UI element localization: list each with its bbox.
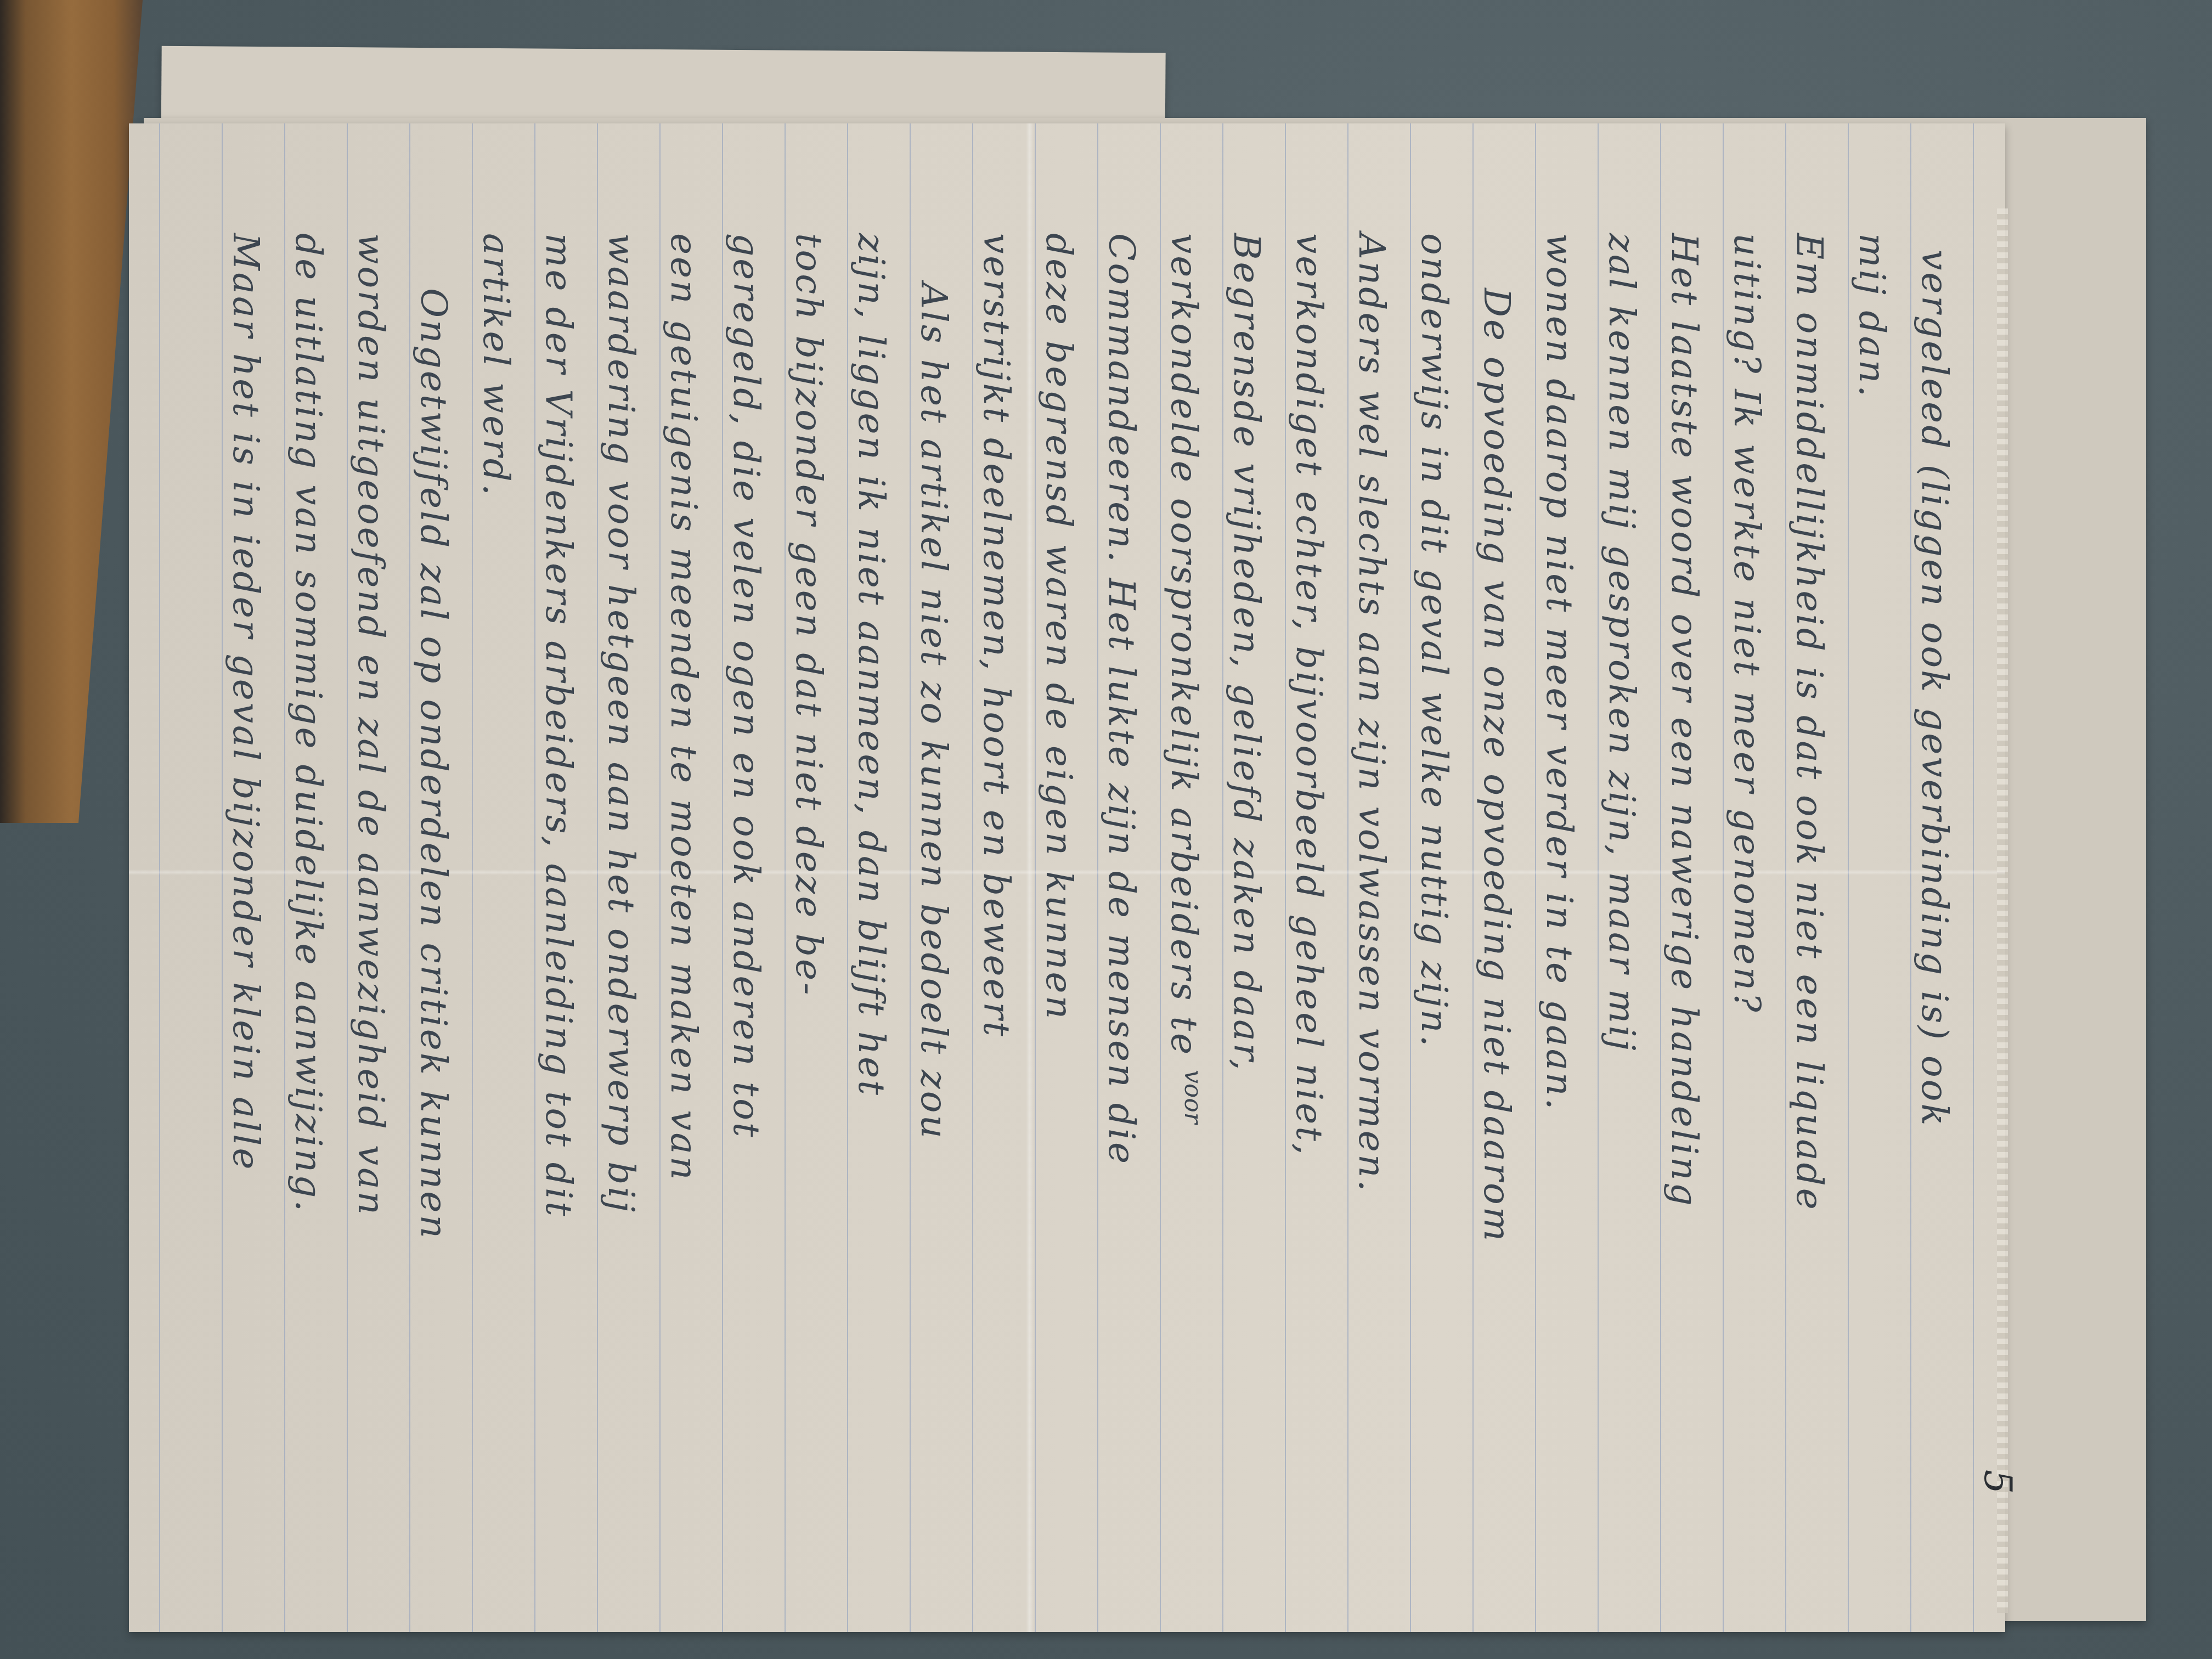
handwritten-line: een getuigenis meenden te moeten maken v…	[663, 233, 705, 1182]
handwritten-line: zijn, liggen ik niet aanmeen, dan blijft…	[850, 233, 893, 1097]
handwritten-line: Het laatste woord over een nawerige hand…	[1663, 233, 1706, 1208]
handwritten-line: mij dan.	[1851, 233, 1893, 399]
handwritten-line: verkondiget echter, bijvoorbeeld geheel …	[1288, 233, 1330, 1157]
handwritten-line: toch bijzonder geen dat niet deze be-	[788, 233, 830, 997]
handwritten-line: artikel werd.	[475, 233, 517, 498]
handwritten-line: verkondelde oorspronkelijk arbeiders te	[1163, 233, 1205, 1057]
handwritten-line: Ongetwijfeld zal op onderdelen critiek k…	[413, 288, 455, 1240]
page-number: 5	[1976, 1470, 2021, 1494]
handwritten-line: waardering voor hetgeen aan het onderwer…	[600, 233, 642, 1214]
handwritten-line: Em onmiddellijkheid is dat ook niet een …	[1788, 233, 1831, 1212]
handwritten-line: zal kennen mij gesproken zijn, maar mij	[1601, 233, 1643, 1053]
handwritten-line: Maar het is in ieder geval bijzonder kle…	[225, 233, 267, 1172]
interlinear-note: voor	[1179, 1070, 1207, 1124]
handwritten-line: verstrijkt deelnemen, hoort en beweert	[975, 233, 1018, 1039]
handwritten-line: worden uitgeoefend en zal de aanwezighei…	[350, 233, 392, 1217]
handwritten-line: deze begrensd waren de eigen kunnen	[1038, 233, 1080, 1021]
handwritten-line: vergeleed (liggen ook geverbinding is) o…	[1914, 250, 1956, 1127]
handwritten-line: Anders wel slechts aan zijn volwassen vo…	[1351, 233, 1393, 1193]
handwritten-line: Als het artikel niet zo kunnen bedoelt z…	[913, 283, 955, 1141]
handwritten-line: uiting? Ik werkte niet meer genomen?	[1726, 233, 1768, 1014]
handwritten-line: Begrensde vrijheden, geliefd zaken daar,	[1226, 233, 1268, 1073]
handwritten-line: geregeld, die velen ogen en ook anderen …	[725, 233, 768, 1139]
handwritten-line: wonen daarop niet meer verder in te gaan…	[1538, 233, 1581, 1111]
handwritten-line: De opvoeding van onze opvoeding niet daa…	[1476, 288, 1518, 1243]
handwritten-line: Commandeeren. Het lukte zijn de mensen d…	[1101, 233, 1143, 1166]
handwritten-line: onderwijs in dit geval welke nuttig zijn…	[1413, 233, 1455, 1048]
handwritten-line: me der Vrijdenkers arbeiders, aanleiding…	[538, 233, 580, 1218]
handwritten-text: vergeleed (liggen ook geverbinding is) o…	[129, 123, 2005, 1632]
handwritten-line: de uitlating van sommige duidelijke aanw…	[287, 233, 330, 1214]
